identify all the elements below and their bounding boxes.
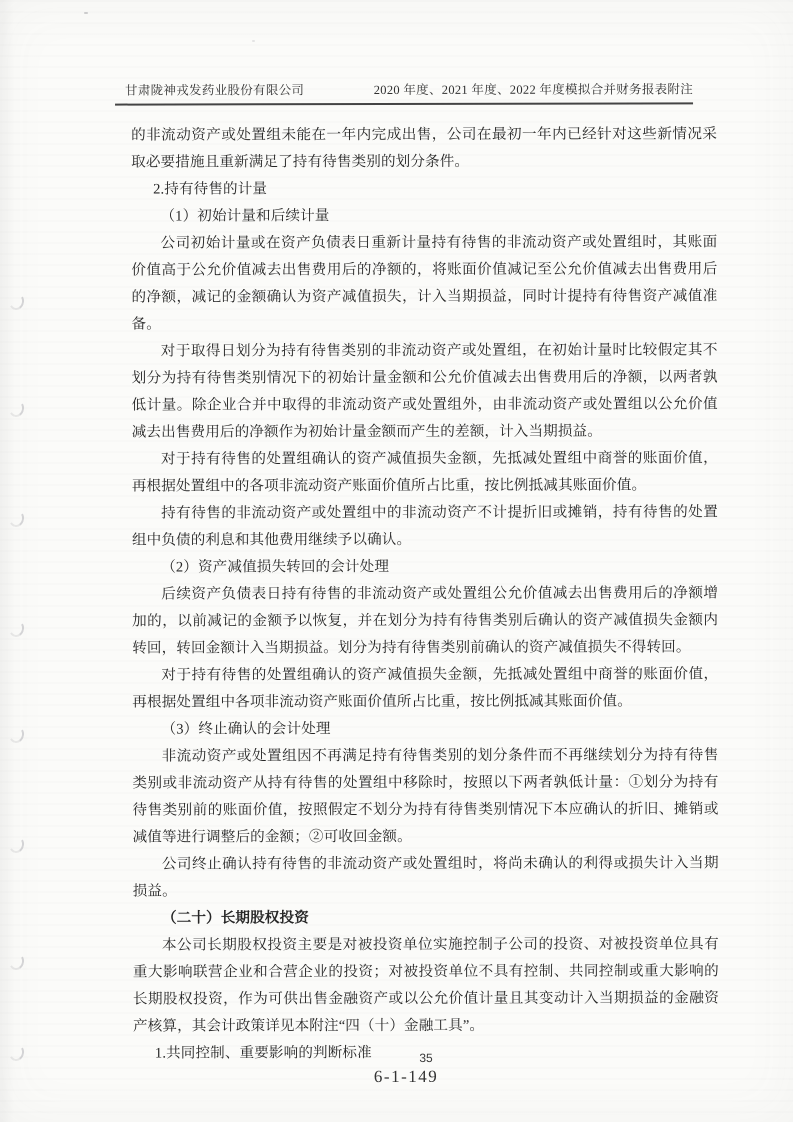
document-page: 甘肃陇神戎发药业股份有限公司 2020 年度、2021 年度、2022 年度模拟… [0,0,793,1122]
section-heading: （1）初始计量和后续计量 [131,202,717,230]
section-heading: 2.持有待售的计量 [131,175,717,203]
company-name: 甘肃陇神戎发药业股份有限公司 [115,80,304,98]
document-code: 6-1-149 [113,1066,699,1087]
report-title: 2020 年度、2021 年度、2022 年度模拟合并财务报表附注 [374,79,693,98]
paragraph: 的非流动资产或处置组未能在一年内完成出售，公司在最初一年内已经针对这些新情况采取… [131,121,717,176]
paragraph: 公司初始计量或在资产负债表日重新计量持有待售的非流动资产或处置组时，其账面价值高… [131,229,717,338]
paragraph: 对于持有待售的处置组确认的资产减值损失金额，先抵减处置组中商誉的账面价值，再根据… [132,661,718,716]
section-heading: （2）资产减值损失转回的会计处理 [132,553,718,581]
paragraph: 公司终止确认持有待售的非流动资产或处置组时，将尚未确认的利得或损失计入当期损益。 [133,850,719,905]
section-heading: （3）终止确认的会计处理 [132,715,718,743]
paragraph: 持有待售的非流动资产或处置组中的非流动资产不计提折旧或摊销，持有待售的处置组中负… [132,499,718,554]
paragraph: 后续资产负债表日持有待售的非流动资产或处置组公允价值减去出售费用后的净额增加的，… [132,580,718,662]
page-header: 甘肃陇神戎发药业股份有限公司 2020 年度、2021 年度、2022 年度模拟… [115,79,693,105]
scan-speck [84,12,88,14]
paragraph: 非流动资产或处置组因不再满足持有待售类别的划分条件而不再继续划分为持有待售类别或… [132,742,718,851]
paragraph: 对于取得日划分为持有待售类别的非流动资产或处置组，在初始计量时比较假定其不划分为… [132,337,718,446]
scan-speck [252,40,255,42]
paragraph: 本公司长期股权投资主要是对被投资单位实施控制子公司的投资、对被投资单位具有重大影… [133,931,719,1040]
page-number: 35 [133,1050,719,1065]
paragraph: 对于持有待售的处置组确认的资产减值损失金额，先抵减处置组中商誉的账面价值，再根据… [132,445,718,500]
section-heading: （二十）长期股权投资 [133,904,719,932]
document-body: 的非流动资产或处置组未能在一年内完成出售，公司在最初一年内已经针对这些新情况采取… [131,121,719,1067]
